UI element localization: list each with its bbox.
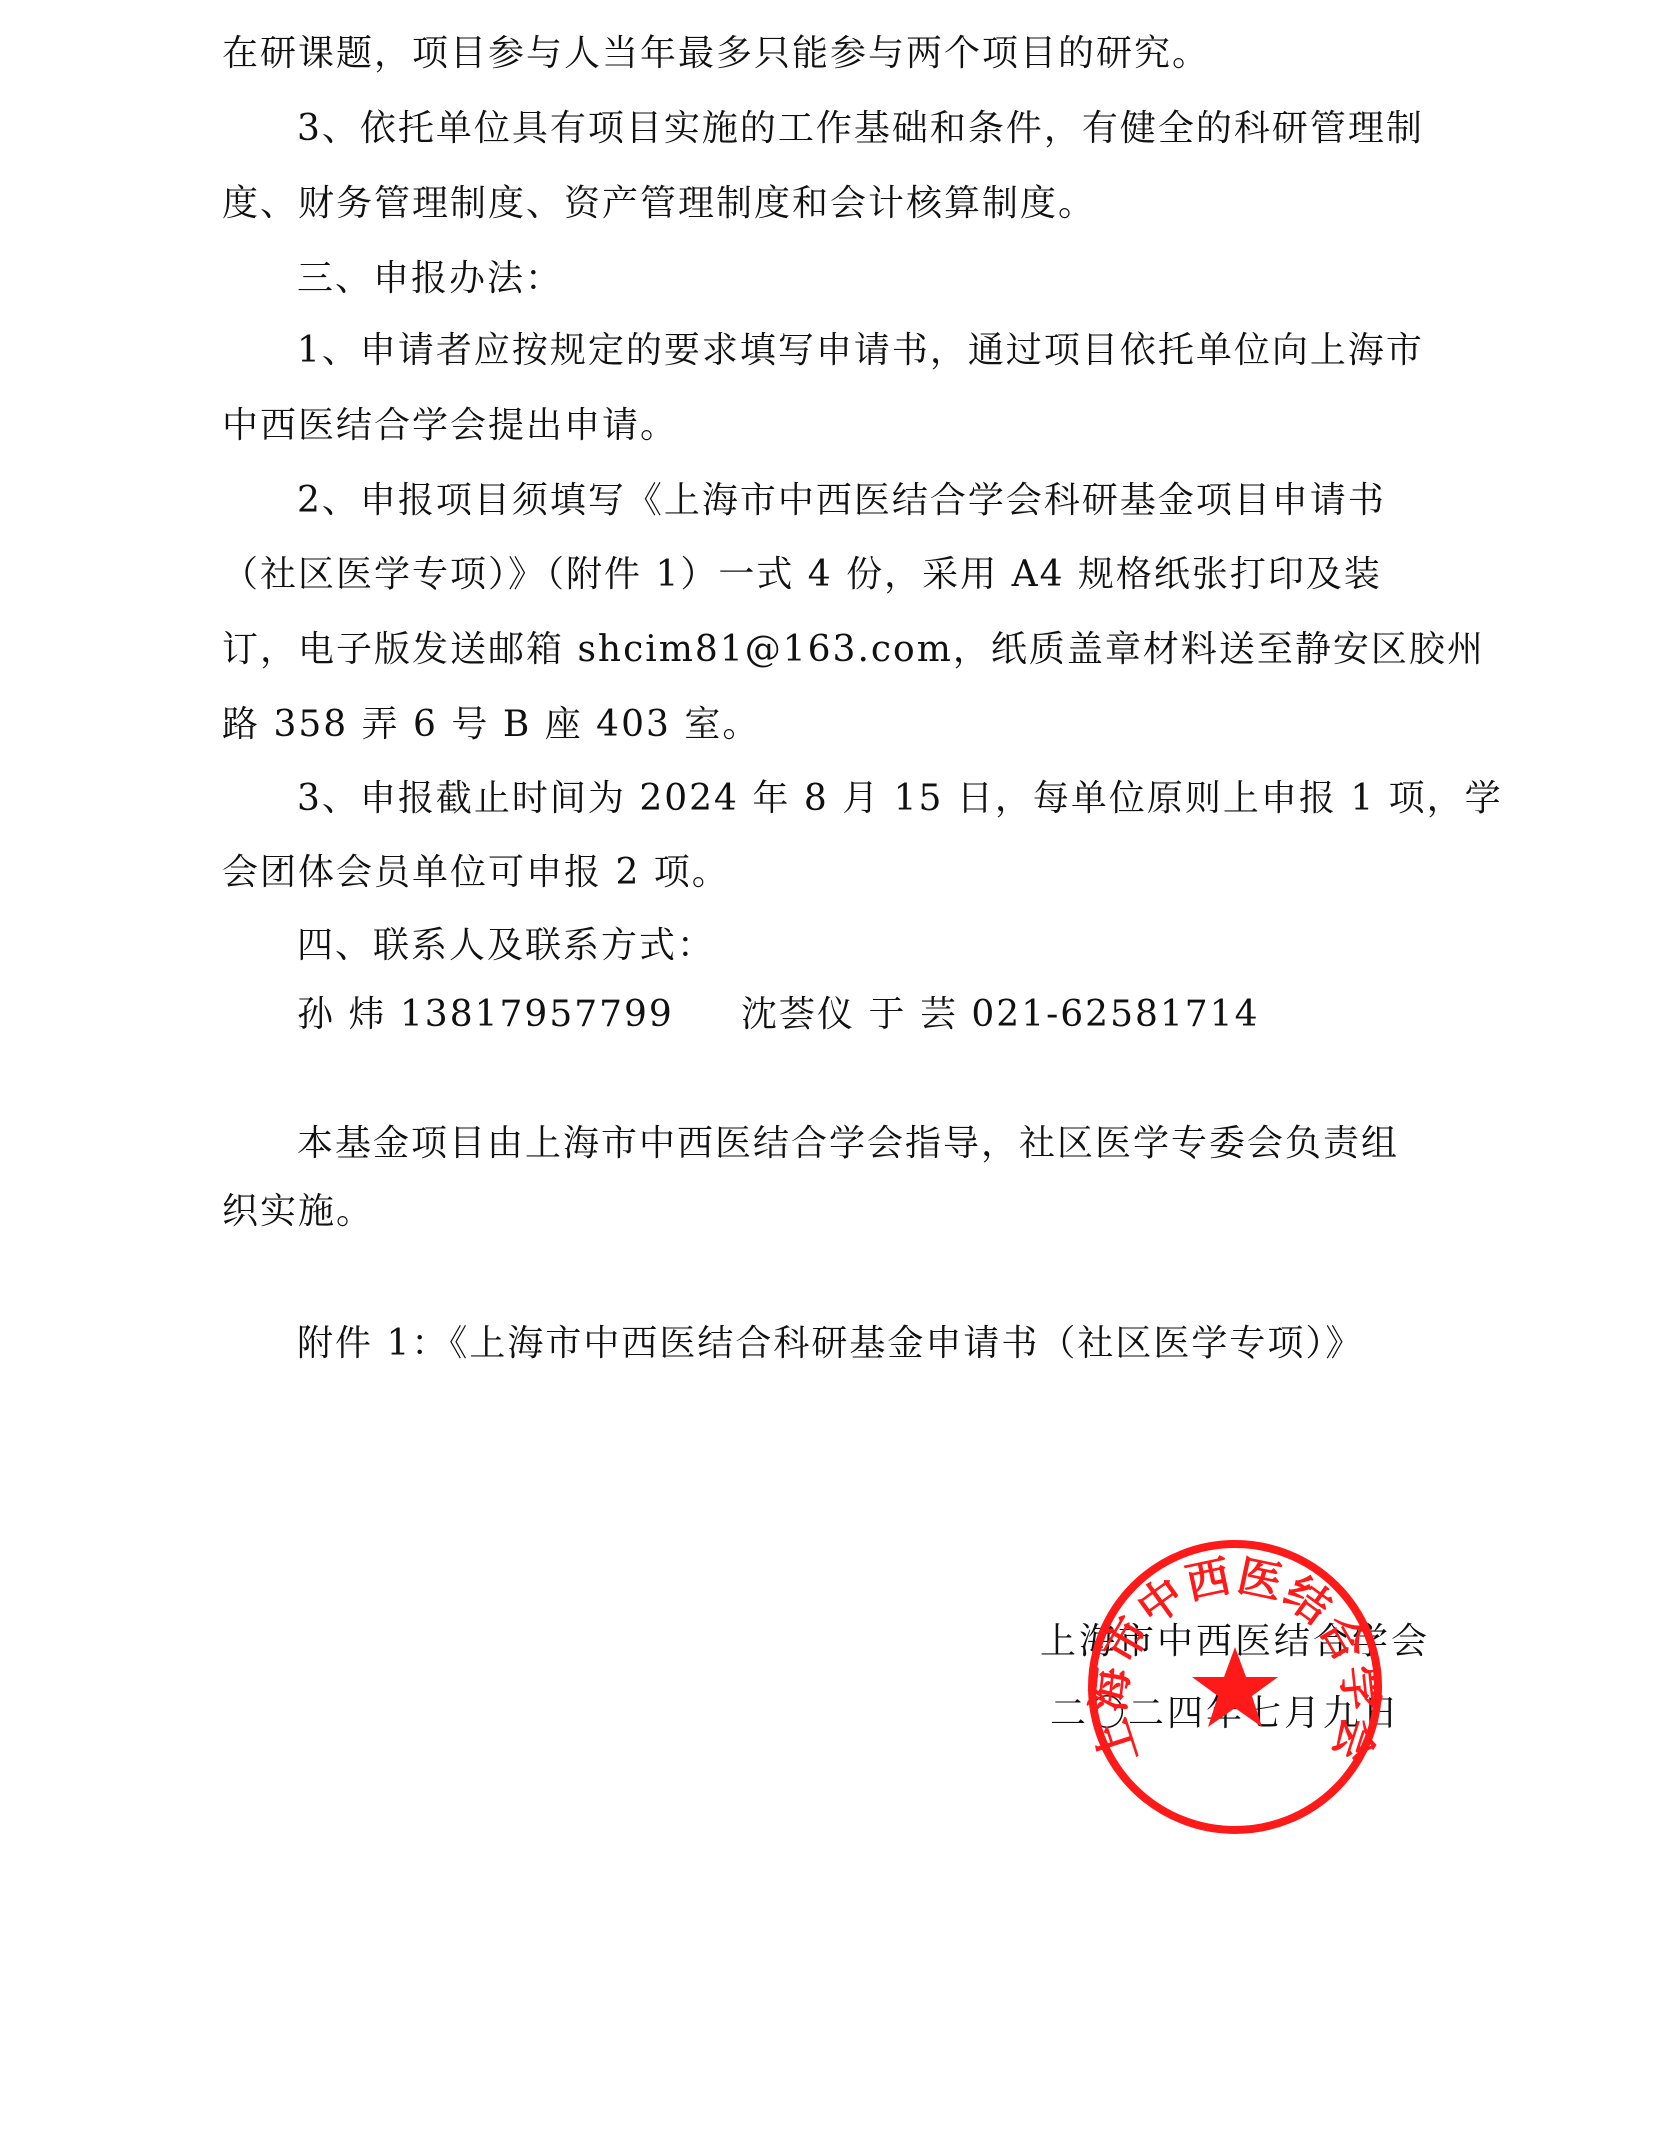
body-line-8: （社区医学专项）》（附件 1）一式 4 份，采用 A4 规格纸张打印及装 (222, 553, 1382, 597)
body-line-7: 2、申报项目须填写《上海市中西医结合学会科研基金项目申请书 (297, 479, 1386, 523)
body-line-15: 本基金项目由上海市中西医结合学会指导，社区医学专委会负责组 (297, 1122, 1399, 1166)
body-line-address: 路 358 弄 6 号 B 座 403 室。 (222, 703, 760, 747)
attachment-line: 附件 1：《上海市中西医结合科研基金申请书（社区医学专项）》 (297, 1322, 1363, 1366)
official-seal-icon: 上海市中西医结合学会 (1085, 1537, 1385, 1837)
body-line-email: 订，电子版发送邮箱 shcim81@163.com，纸质盖章材料送至静安区胶州 (222, 628, 1485, 672)
signature-date: 二〇二四年七月九日 (1050, 1692, 1401, 1736)
body-line-1: 在研课题，项目参与人当年最多只能参与两个项目的研究。 (222, 32, 1210, 76)
body-line-6: 中西医结合学会提出申请。 (222, 404, 678, 448)
body-line-3: 度、财务管理制度、资产管理制度和会计核算制度。 (222, 182, 1096, 226)
body-line-16: 织实施。 (222, 1190, 374, 1234)
body-line-deadline: 3、申报截止时间为 2024 年 8 月 15 日，每单位原则上申报 1 项，学 (297, 777, 1503, 821)
signature-organization: 上海市中西医结合学会 (1040, 1620, 1430, 1664)
contact-line: 孙 炜 13817957799 沈荟仪 于 芸 021-62581714 (297, 993, 1260, 1037)
body-line-12: 会团体会员单位可申报 2 项。 (222, 851, 730, 895)
body-line-2: 3、依托单位具有项目实施的工作基础和条件，有健全的科研管理制 (297, 107, 1424, 151)
section-heading-4: 四、联系人及联系方式： (297, 924, 715, 968)
section-heading-3: 三、申报办法： (297, 257, 563, 301)
body-line-5: 1、申请者应按规定的要求填写申请书，通过项目依托单位向上海市 (297, 329, 1424, 373)
